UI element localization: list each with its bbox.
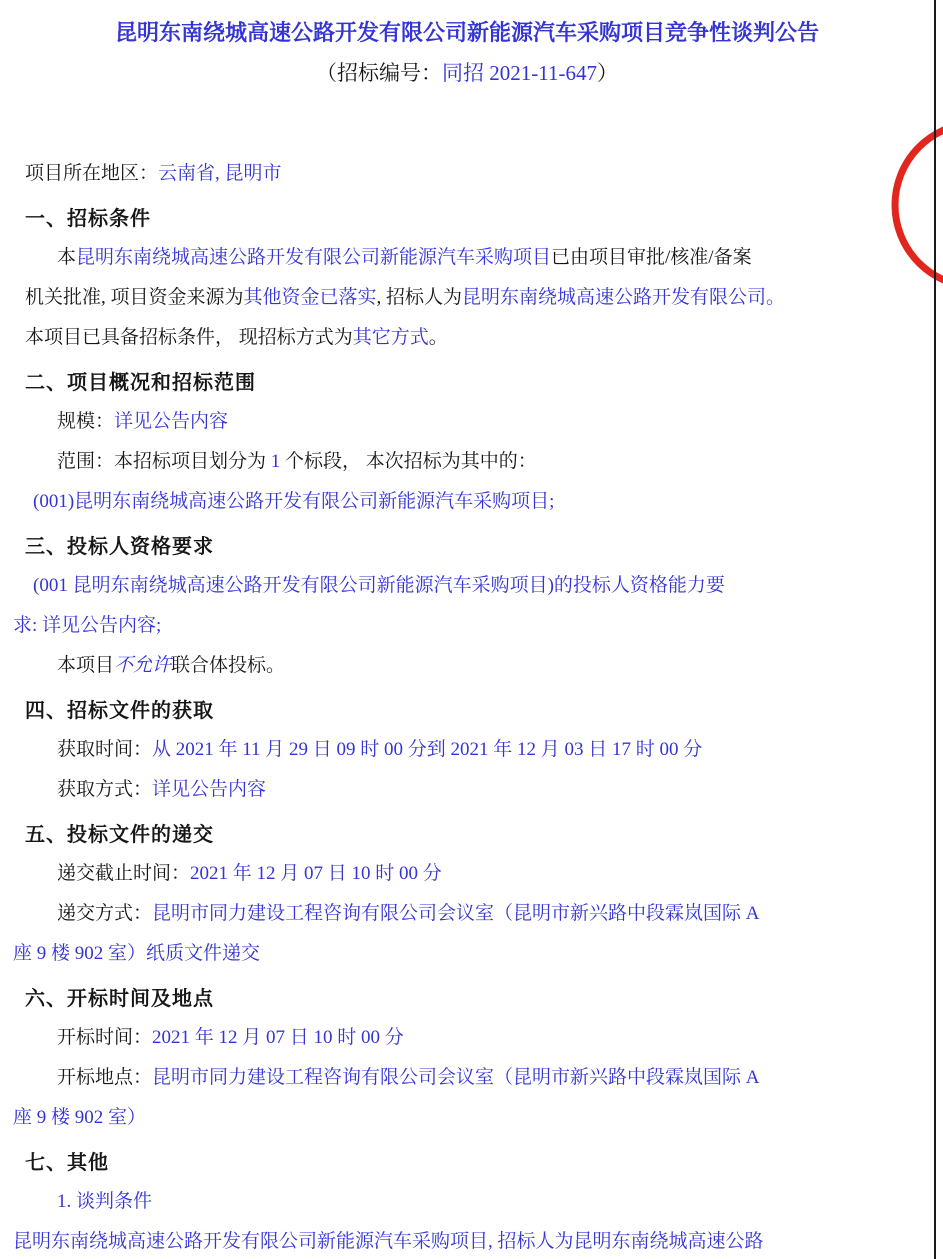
- doc-line: 开标地点：昆明市同力建设工程咨询有限公司会议室（昆明市新兴路中段霖岚国际 A: [25, 1058, 909, 1098]
- doc-line: 昆明东南绕城高速公路开发有限公司新能源汽车采购项目, 招标人为昆明东南绕城高速公…: [13, 1222, 909, 1259]
- text-run: 不允许: [114, 655, 171, 676]
- text-run: 1: [271, 451, 281, 472]
- text-run: , 招标人为: [377, 287, 463, 308]
- text-run: ）: [597, 61, 618, 85]
- text-run: 2021 年 12 月 07 日 10 时 00 分: [190, 863, 442, 884]
- text-run: 四、招标文件的获取: [25, 698, 214, 722]
- text-run: 昆明东南绕城高速公路开发有限公司新能源汽车采购项目竞争性谈判公告: [115, 20, 819, 45]
- text-run: 开标时间：: [57, 1027, 152, 1048]
- text-run: 座 9 楼 902 室）: [13, 1107, 146, 1128]
- text-run: 同招 2021-11-647: [442, 61, 597, 85]
- text-run: 项目所在地区：: [25, 163, 158, 184]
- text-run: 。: [429, 327, 448, 348]
- doc-line: 求: 详见公告内容;: [13, 606, 909, 646]
- text-run: 座 9 楼 902 室）纸质文件递交: [13, 943, 260, 964]
- page-right-border: [934, 0, 936, 1259]
- doc-line: 座 9 楼 902 室）纸质文件递交: [13, 934, 909, 974]
- doc-line: 开标时间：2021 年 12 月 07 日 10 时 00 分: [25, 1018, 909, 1058]
- text-run: 2021 年 12 月 07 日 10 时 00 分: [152, 1027, 404, 1048]
- text-run: 范围：本招标项目划分为: [57, 451, 271, 472]
- text-run: 递交截止时间：: [57, 863, 190, 884]
- text-run: (001 昆明东南绕城高速公路开发有限公司新能源汽车采购项目)的投标人资格能力要: [33, 575, 725, 596]
- text-run: 递交方式：: [57, 903, 152, 924]
- text-run: 详见公告内容: [152, 779, 266, 800]
- text-run: 昆明东南绕城高速公路开发有限公司。: [462, 287, 785, 308]
- text-run: 获取时间：: [57, 739, 152, 760]
- doc-line: 本昆明东南绕城高速公路开发有限公司新能源汽车采购项目已由项目审批/核准/备案: [25, 238, 909, 278]
- text-run: 五、投标文件的递交: [25, 822, 214, 846]
- doc-line: 递交截止时间：2021 年 12 月 07 日 10 时 00 分: [25, 854, 909, 894]
- text-run: 六、开标时间及地点: [25, 986, 214, 1010]
- doc-line: 本项目已具备招标条件， 现招标方式为其它方式。: [25, 318, 909, 358]
- text-run: 从 2021 年 11 月 29 日 09 时 00 分到 2021 年 12 …: [152, 739, 702, 760]
- section-heading: 三、投标人资格要求: [25, 526, 909, 566]
- text-run: 机关批准, 项目资金来源为: [25, 287, 244, 308]
- text-run: 昆明市同力建设工程咨询有限公司会议室（昆明市新兴路中段霖岚国际 A: [152, 903, 759, 924]
- section-heading: 一、招标条件: [25, 198, 909, 238]
- doc-line: 座 9 楼 902 室）: [13, 1098, 909, 1138]
- text-run: 本项目已具备招标条件， 现招标方式为: [25, 327, 353, 348]
- doc-line: (001 昆明东南绕城高速公路开发有限公司新能源汽车采购项目)的投标人资格能力要: [25, 566, 909, 606]
- text-run: （招标编号：: [316, 61, 442, 85]
- text-run: 七、其他: [25, 1150, 109, 1174]
- doc-line: 本项目不允许联合体投标。: [25, 646, 909, 686]
- doc-line: 递交方式：昆明市同力建设工程咨询有限公司会议室（昆明市新兴路中段霖岚国际 A: [25, 894, 909, 934]
- section-heading: 四、招标文件的获取: [25, 690, 909, 730]
- section-heading: 五、投标文件的递交: [25, 814, 909, 854]
- text-run: (001)昆明东南绕城高速公路开发有限公司新能源汽车采购项目;: [33, 491, 554, 512]
- text-run: 昆明东南绕城高速公路开发有限公司新能源汽车采购项目, 招标人为昆明东南绕城高速公…: [13, 1231, 764, 1252]
- document-body: 昆明东南绕城高速公路开发有限公司新能源汽车采购项目竞争性谈判公告（招标编号：同招…: [0, 0, 943, 1259]
- text-run: 获取方式：: [57, 779, 152, 800]
- text-run: 三、投标人资格要求: [25, 534, 214, 558]
- section-heading: 七、其他: [25, 1142, 909, 1182]
- doc-line: 项目所在地区：云南省, 昆明市: [25, 154, 909, 194]
- text-run: 云南省, 昆明市: [158, 163, 282, 184]
- announcement-page: 昆明东南绕城高速公路开发有限公司新能源汽车采购项目竞争性谈判公告（招标编号：同招…: [0, 0, 943, 1259]
- text-run: 详见公告内容: [114, 411, 228, 432]
- spacer: [25, 88, 909, 154]
- text-run: 开标地点：: [57, 1067, 152, 1088]
- text-run: 求: 详见公告内容;: [13, 615, 161, 636]
- doc-line: 获取时间：从 2021 年 11 月 29 日 09 时 00 分到 2021 …: [25, 730, 909, 770]
- doc-line: 范围：本招标项目划分为 1 个标段， 本次招标为其中的：: [25, 442, 909, 482]
- doc-line: (001)昆明东南绕城高速公路开发有限公司新能源汽车采购项目;: [25, 482, 909, 522]
- text-run: 规模：: [57, 411, 114, 432]
- doc-line: 获取方式：详见公告内容: [25, 770, 909, 810]
- doc-subtitle: （招标编号：同招 2021-11-647）: [25, 58, 909, 88]
- text-run: 联合体投标。: [171, 655, 285, 676]
- text-run: 一、招标条件: [25, 206, 151, 230]
- doc-title: 昆明东南绕城高速公路开发有限公司新能源汽车采购项目竞争性谈判公告: [25, 18, 909, 48]
- text-run: 其他资金已落实: [244, 287, 377, 308]
- doc-line: 1. 谈判条件: [25, 1182, 909, 1222]
- doc-line: 规模：详见公告内容: [25, 402, 909, 442]
- text-run: 二、项目概况和招标范围: [25, 370, 256, 394]
- text-run: 昆明东南绕城高速公路开发有限公司新能源汽车采购项目: [76, 247, 551, 268]
- doc-line: 机关批准, 项目资金来源为其他资金已落实, 招标人为昆明东南绕城高速公路开发有限…: [25, 278, 909, 318]
- text-run: 本: [57, 247, 76, 268]
- text-run: 已由项目审批/核准/备案: [551, 247, 752, 268]
- section-heading: 六、开标时间及地点: [25, 978, 909, 1018]
- section-heading: 二、项目概况和招标范围: [25, 362, 909, 402]
- text-run: 昆明市同力建设工程咨询有限公司会议室（昆明市新兴路中段霖岚国际 A: [152, 1067, 759, 1088]
- text-run: 个标段， 本次招标为其中的：: [280, 451, 537, 472]
- text-run: 1. 谈判条件: [57, 1191, 152, 1212]
- text-run: 其它方式: [353, 327, 429, 348]
- text-run: 本项目: [57, 655, 114, 676]
